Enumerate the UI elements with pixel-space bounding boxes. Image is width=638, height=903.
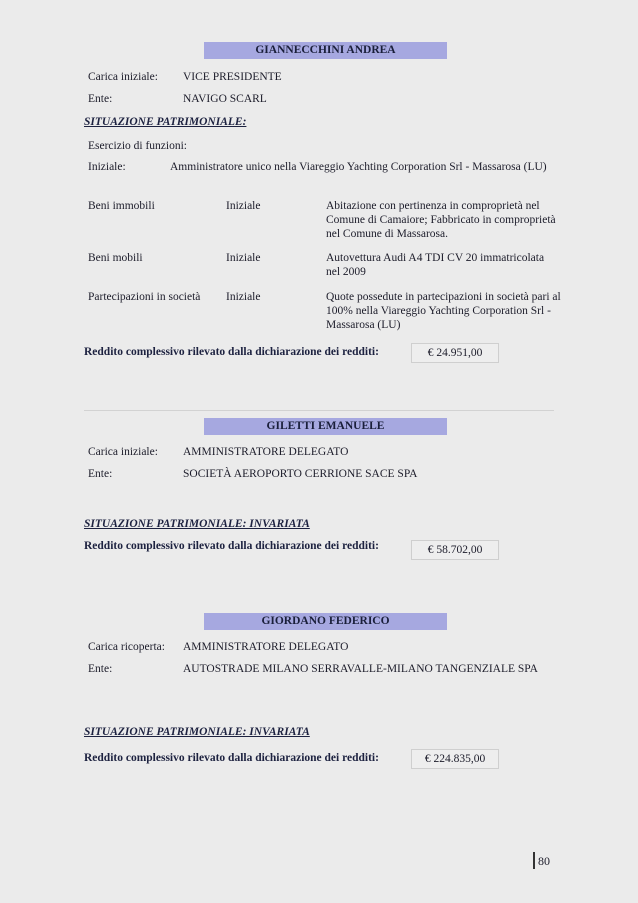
reddito-value: € 224.835,00 <box>411 749 499 769</box>
iniziale-value: Amministratore unico nella Viareggio Yac… <box>170 160 547 174</box>
beni-description: Abitazione con pertinenza in compropriet… <box>326 199 558 241</box>
person-name-header: GIANNECCHINI ANDREA <box>204 42 447 59</box>
field-value: AMMINISTRATORE DELEGATO <box>183 445 348 459</box>
field-value: AMMINISTRATORE DELEGATO <box>183 640 348 654</box>
reddito-value: € 58.702,00 <box>411 540 499 560</box>
page-number-bar <box>533 852 535 869</box>
field-label: Ente: <box>88 467 112 481</box>
field-value: VICE PRESIDENTE <box>183 70 282 84</box>
person-name-header: GILETTI EMANUELE <box>204 418 447 435</box>
beni-description: Autovettura Audi A4 TDI CV 20 immatricol… <box>326 251 558 279</box>
beni-status: Iniziale <box>226 199 260 213</box>
beni-description: Quote possedute in partecipazioni in soc… <box>326 290 562 332</box>
person-name-header: GIORDANO FEDERICO <box>204 613 447 630</box>
field-label: Carica iniziale: <box>88 445 158 459</box>
field-label: Ente: <box>88 662 112 676</box>
field-label: Ente: <box>88 92 112 106</box>
section-divider <box>84 410 554 411</box>
situazione-heading: SITUAZIONE PATRIMONIALE: INVARIATA <box>84 726 310 738</box>
iniziale-label: Iniziale: <box>88 160 126 174</box>
field-value: NAVIGO SCARL <box>183 92 267 106</box>
field-value: SOCIETÀ AEROPORTO CERRIONE SACE SPA <box>183 467 417 481</box>
reddito-label: Reddito complessivo rilevato dalla dichi… <box>84 752 379 764</box>
situazione-heading: SITUAZIONE PATRIMONIALE: INVARIATA <box>84 518 310 530</box>
beni-status: Iniziale <box>226 290 260 304</box>
situazione-heading: SITUAZIONE PATRIMONIALE: <box>84 116 246 128</box>
page-number: 80 <box>538 854 550 869</box>
reddito-label: Reddito complessivo rilevato dalla dichi… <box>84 540 379 552</box>
reddito-value: € 24.951,00 <box>411 343 499 363</box>
beni-status: Iniziale <box>226 251 260 265</box>
beni-category: Beni mobili <box>88 251 143 265</box>
field-label: Carica ricoperta: <box>88 640 165 654</box>
beni-category: Partecipazioni in società <box>88 290 200 304</box>
esercizio-label: Esercizio di funzioni: <box>88 139 187 153</box>
beni-category: Beni immobili <box>88 199 155 213</box>
field-value: AUTOSTRADE MILANO SERRAVALLE-MILANO TANG… <box>183 662 543 676</box>
field-label: Carica iniziale: <box>88 70 158 84</box>
reddito-label: Reddito complessivo rilevato dalla dichi… <box>84 346 379 358</box>
